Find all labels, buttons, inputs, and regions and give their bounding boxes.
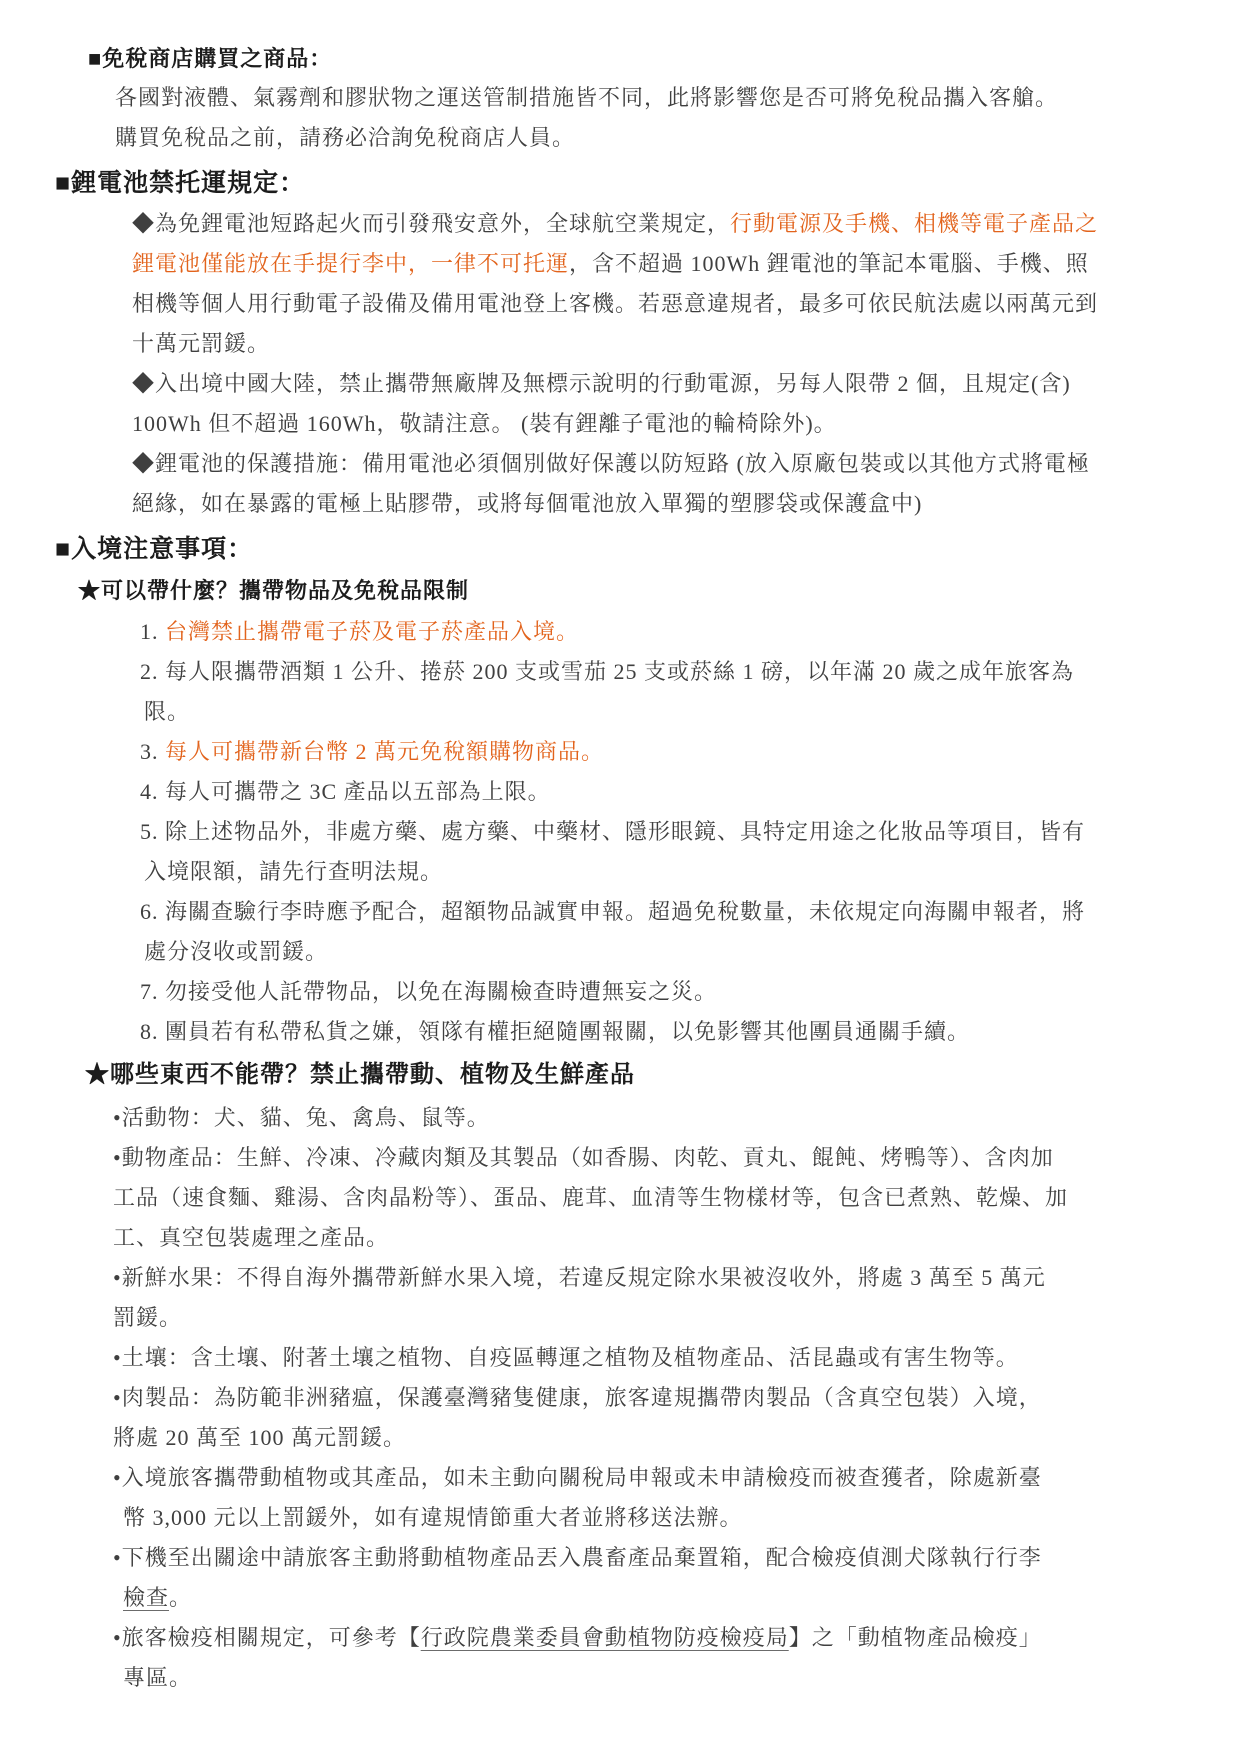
- list-item-continuation: 工、真空包裝處理之產品。: [113, 1218, 1201, 1258]
- text-segment: •旅客檢疫相關規定，可參考【: [113, 1625, 421, 1650]
- text-segment: 專區。: [123, 1665, 192, 1690]
- list-item: •旅客檢疫相關規定，可參考【行政院農業委員會動植物防疫檢疫局】之「動植物產品檢疫…: [113, 1618, 1201, 1658]
- text-segment: 將處 20 萬至 100 萬元罰鍰。: [113, 1425, 406, 1450]
- list-item: •活動物：犬、貓、兔、禽鳥、鼠等。: [113, 1098, 1201, 1138]
- heading-what-cannot-bring: ★哪些東西不能帶？禁止攜帶動、植物及生鮮產品: [85, 1052, 1201, 1098]
- underlined-text: 檢查: [123, 1585, 169, 1610]
- list-bring-restrictions: 1. 台灣禁止攜帶電子菸及電子菸產品入境。 2. 每人限攜帶酒類 1 公升、捲菸…: [140, 612, 1201, 1052]
- text-segment: ◆鋰電池的保護措施：備用電池必須個別做好保護以防短路 (放入原廠包裝或以其他方式…: [132, 451, 1090, 476]
- text-segment: 處分沒收或罰鍰。: [144, 939, 328, 964]
- text-line: ◆入出境中國大陸，禁止攜帶無廠牌及無標示說明的行動電源，另每人限帶 2 個，且規…: [132, 364, 1201, 404]
- list-item-continuation: 處分沒收或罰鍰。: [140, 932, 1201, 972]
- text-segment: 限。: [144, 699, 190, 724]
- text-segment: 6. 海關查驗行李時應予配合，超額物品誠實申報。超過免稅數量，未依規定向海關申報…: [140, 899, 1085, 924]
- text-line: 相機等個人用行動電子設備及備用電池登上客機。若惡意違規者，最多可依民航法處以兩萬…: [132, 284, 1201, 324]
- list-item-continuation: 工品（速食麵、雞湯、含肉晶粉等）、蛋品、鹿茸、血清等生物樣材等，包含已煮熟、乾燥…: [113, 1178, 1201, 1218]
- list-item: 7. 勿接受他人託帶物品，以免在海關檢查時遭無妄之災。: [140, 972, 1201, 1012]
- para-dutyfree-note: 各國對液體、氣霧劑和膠狀物之運送管制措施皆不同，此將影響您是否可將免稅品攜入客艙…: [115, 78, 1201, 158]
- text-segment: 幣 3,000 元以上罰鍰外，如有違規情節重大者並將移送法辦。: [123, 1505, 743, 1530]
- list-item: 4. 每人可攜帶之 3C 產品以五部為上限。: [140, 772, 1201, 812]
- text-segment: •入境旅客攜帶動植物或其產品，如未主動向關稅局申報或未申請檢疫而被查獲者，除處新…: [113, 1465, 1042, 1490]
- highlighted-text: 每人可攜帶新台幣 2 萬元免稅額購物商品。: [165, 739, 604, 764]
- text-segment: ◆入出境中國大陸，禁止攜帶無廠牌及無標示說明的行動電源，另每人限帶 2 個，且規…: [132, 371, 1071, 396]
- text-segment: 7. 勿接受他人託帶物品，以免在海關檢查時遭無妄之災。: [140, 979, 717, 1004]
- text-segment: •活動物：犬、貓、兔、禽鳥、鼠等。: [113, 1105, 490, 1130]
- text-segment: 。: [169, 1585, 192, 1610]
- text-segment: 5. 除上述物品外，非處方藥、處方藥、中藥材、隱形眼鏡、具特定用途之化妝品等項目…: [140, 819, 1085, 844]
- text-segment: •土壤：含土壤、附著土壤之植物、自疫區轉運之植物及植物產品、活昆蟲或有害生物等。: [113, 1345, 1019, 1370]
- highlighted-text: 行動電源及手機、相機等電子產品之: [730, 211, 1098, 236]
- text-segment: 4. 每人可攜帶之 3C 產品以五部為上限。: [140, 779, 551, 804]
- bullet-lithium-rule-1: ◆為免鋰電池短路起火而引發飛安意外，全球航空業規定，行動電源及手機、相機等電子產…: [132, 204, 1201, 364]
- list-item: •動物產品：生鮮、冷凍、冷藏肉類及其製品（如香腸、肉乾、貢丸、餛飩、烤鴨等）、含…: [113, 1138, 1201, 1178]
- text-line: ◆鋰電池的保護措施：備用電池必須個別做好保護以防短路 (放入原廠包裝或以其他方式…: [132, 444, 1201, 484]
- text-segment: •肉製品：為防範非洲豬瘟，保護臺灣豬隻健康，旅客違規攜帶肉製品（含真空包裝）入境…: [113, 1385, 1042, 1410]
- item-number: 1.: [140, 619, 165, 644]
- list-item: •入境旅客攜帶動植物或其產品，如未主動向關稅局申報或未申請檢疫而被查獲者，除處新…: [113, 1458, 1201, 1498]
- text-segment: •新鮮水果：不得自海外攜帶新鮮水果入境，若違反規定除水果被沒收外，將處 3 萬至…: [113, 1265, 1046, 1290]
- heading-dutyfree-goods: ■免稅商店購買之商品：: [88, 40, 1201, 78]
- list-item-continuation: 限。: [140, 692, 1201, 732]
- text-line: 100Wh 但不超過 160Wh，敬請注意。 (裝有鋰離子電池的輪椅除外)。: [132, 404, 1201, 444]
- text-segment: 絕緣，如在暴露的電極上貼膠帶，或將每個電池放入單獨的塑膠袋或保護盒中): [132, 491, 922, 516]
- list-item: 8. 團員若有私帶私貨之嫌，領隊有權拒絕隨團報關，以免影響其他團員通關手續。: [140, 1012, 1201, 1052]
- list-item-continuation: 罰鍰。: [113, 1298, 1201, 1338]
- list-item-continuation: 入境限額，請先行查明法規。: [140, 852, 1201, 892]
- item-number: 3.: [140, 739, 165, 764]
- list-item-continuation: 檢查。: [113, 1578, 1201, 1618]
- list-item: •土壤：含土壤、附著土壤之植物、自疫區轉運之植物及植物產品、活昆蟲或有害生物等。: [113, 1338, 1201, 1378]
- bullet-lithium-rule-2: ◆入出境中國大陸，禁止攜帶無廠牌及無標示說明的行動電源，另每人限帶 2 個，且規…: [132, 364, 1201, 444]
- text-segment: 罰鍰。: [113, 1305, 182, 1330]
- text-segment: 100Wh 但不超過 160Wh，敬請注意。 (裝有鋰離子電池的輪椅除外)。: [132, 411, 837, 436]
- heading-entry-notes: ■入境注意事項：: [55, 528, 1201, 570]
- text-segment: 2. 每人限攜帶酒類 1 公升、捲菸 200 支或雪茄 25 支或菸絲 1 磅，…: [140, 659, 1074, 684]
- bullet-lithium-rule-3: ◆鋰電池的保護措施：備用電池必須個別做好保護以防短路 (放入原廠包裝或以其他方式…: [132, 444, 1201, 524]
- text-line: 各國對液體、氣霧劑和膠狀物之運送管制措施皆不同，此將影響您是否可將免稅品攜入客艙…: [115, 78, 1201, 118]
- list-item: 5. 除上述物品外，非處方藥、處方藥、中藥材、隱形眼鏡、具特定用途之化妝品等項目…: [140, 812, 1201, 852]
- text-segment: •下機至出關途中請旅客主動將動植物產品丟入農畜產品棄置箱，配合檢疫偵測犬隊執行行…: [113, 1545, 1042, 1570]
- highlighted-text: 台灣禁止攜帶電子菸及電子菸產品入境。: [165, 619, 579, 644]
- text-segment: 】之「動植物產品檢疫」: [789, 1625, 1042, 1650]
- text-segment: ，含不超過 100Wh 鋰電池的筆記本電腦、手機、照: [569, 251, 1089, 276]
- text-line: 十萬元罰鍰。: [132, 324, 1201, 364]
- quarantine-bureau-link[interactable]: 行政院農業委員會動植物防疫檢疫局: [421, 1625, 789, 1650]
- list-item-continuation: 專區。: [113, 1658, 1201, 1698]
- highlighted-text: 鋰電池僅能放在手提行李中，一律不可托運: [132, 251, 569, 276]
- text-line: 購買免稅品之前，請務必洽詢免稅商店人員。: [115, 118, 1201, 158]
- text-line: 鋰電池僅能放在手提行李中，一律不可托運，含不超過 100Wh 鋰電池的筆記本電腦…: [132, 244, 1201, 284]
- text-line: ◆為免鋰電池短路起火而引發飛安意外，全球航空業規定，行動電源及手機、相機等電子產…: [132, 204, 1201, 244]
- text-line: 絕緣，如在暴露的電極上貼膠帶，或將每個電池放入單獨的塑膠袋或保護盒中): [132, 484, 1201, 524]
- list-item-continuation: 將處 20 萬至 100 萬元罰鍰。: [113, 1418, 1201, 1458]
- list-item: •下機至出關途中請旅客主動將動植物產品丟入農畜產品棄置箱，配合檢疫偵測犬隊執行行…: [113, 1538, 1201, 1578]
- text-segment: ◆為免鋰電池短路起火而引發飛安意外，全球航空業規定，: [132, 211, 730, 236]
- text-segment: 十萬元罰鍰。: [132, 331, 270, 356]
- list-item: 3. 每人可攜帶新台幣 2 萬元免稅額購物商品。: [140, 732, 1201, 772]
- document-page: ■免稅商店購買之商品： 各國對液體、氣霧劑和膠狀物之運送管制措施皆不同，此將影響…: [0, 0, 1241, 1755]
- list-item: 6. 海關查驗行李時應予配合，超額物品誠實申報。超過免稅數量，未依規定向海關申報…: [140, 892, 1201, 932]
- list-item: 2. 每人限攜帶酒類 1 公升、捲菸 200 支或雪茄 25 支或菸絲 1 磅，…: [140, 652, 1201, 692]
- heading-lithium-battery-rules: ■鋰電池禁托運規定：: [55, 162, 1201, 204]
- list-item-continuation: 幣 3,000 元以上罰鍰外，如有違規情節重大者並將移送法辦。: [113, 1498, 1201, 1538]
- text-segment: 8. 團員若有私帶私貨之嫌，領隊有權拒絕隨團報關，以免影響其他團員通關手續。: [140, 1019, 970, 1044]
- text-segment: 工品（速食麵、雞湯、含肉晶粉等）、蛋品、鹿茸、血清等生物樣材等，包含已煮熟、乾燥…: [113, 1185, 1068, 1210]
- text-segment: •動物產品：生鮮、冷凍、冷藏肉類及其製品（如香腸、肉乾、貢丸、餛飩、烤鴨等）、含…: [113, 1145, 1054, 1170]
- list-item: 1. 台灣禁止攜帶電子菸及電子菸產品入境。: [140, 612, 1201, 652]
- text-segment: 入境限額，請先行查明法規。: [144, 859, 443, 884]
- text-segment: 各國對液體、氣霧劑和膠狀物之運送管制措施皆不同，此將影響您是否可將免稅品攜入客艙…: [115, 85, 1058, 110]
- text-segment: 相機等個人用行動電子設備及備用電池登上客機。若惡意違規者，最多可依民航法處以兩萬…: [132, 291, 1098, 316]
- list-item: •新鮮水果：不得自海外攜帶新鮮水果入境，若違反規定除水果被沒收外，將處 3 萬至…: [113, 1258, 1201, 1298]
- heading-what-can-bring: ★可以帶什麼？攜帶物品及免稅品限制: [78, 570, 1201, 612]
- list-item: •肉製品：為防範非洲豬瘟，保護臺灣豬隻健康，旅客違規攜帶肉製品（含真空包裝）入境…: [113, 1378, 1201, 1418]
- text-segment: 購買免稅品之前，請務必洽詢免稅商店人員。: [115, 125, 575, 150]
- list-prohibited-items: •活動物：犬、貓、兔、禽鳥、鼠等。 •動物產品：生鮮、冷凍、冷藏肉類及其製品（如…: [113, 1098, 1201, 1698]
- text-segment: 工、真空包裝處理之產品。: [113, 1225, 389, 1250]
